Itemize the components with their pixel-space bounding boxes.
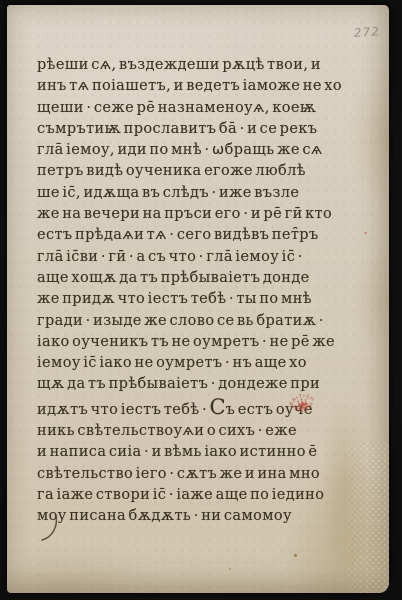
manuscript-photo: 272 рѣеши сѧ, въздеждеши рѫцѣ твои, иинъ… — [0, 0, 402, 600]
british-museum-stamp: BRITISH MUSEUM — [284, 387, 322, 425]
manuscript-text-line: гради · изыде же слово се вь братиѫ · — [37, 311, 359, 332]
manuscript-text-line: инъ тѧ поіашетъ, и ведетъ іаможе не хо — [37, 76, 359, 97]
manuscript-text-line: же придѫ что іестъ тебѣ · ты по мнѣ — [37, 289, 359, 310]
parchment-page: 272 рѣеши сѧ, въздеждеши рѫцѣ твои, иинъ… — [7, 5, 389, 593]
ink-speck — [229, 568, 231, 570]
manuscript-text-line: петръ видѣ оученика егоже люблѣ — [37, 161, 359, 182]
manuscript-text-line: іемоу іс̄ іако не оумретъ · нъ аще хо — [37, 353, 359, 374]
manuscript-text-line: и написа сиіа · и вѣмь іако истинно е̄ — [37, 442, 359, 463]
manuscript-text-line: съмрътиѭ прославитъ ба̄ · и се рекъ — [37, 119, 359, 140]
manuscript-text-line: гла̄ іс̄ви · гӣ · а съ что · гла̄ іемоу … — [37, 247, 359, 268]
manuscript-text-block: рѣеши сѧ, въздеждеши рѫцѣ твои, иинъ тѧ … — [37, 55, 359, 528]
manuscript-text-line: никь свѣтельствоуѧи о сихъ · еже — [37, 421, 359, 442]
manuscript-text-line: моу писана бѫдѫть · ни самомоу — [37, 506, 359, 527]
red-ink-speck — [364, 232, 367, 234]
manuscript-text-line: естъ прѣдаѧи тѧ · сего видѣвъ пет̑ръ — [37, 225, 359, 246]
manuscript-text-line: гла̄ іемоу, иди по мнѣ · ѡбращь же сѧ — [37, 140, 359, 161]
manuscript-text-line: ше іс̄, идѫща въ слѣдъ · иже възле — [37, 183, 359, 204]
manuscript-text-line: рѣеши сѧ, въздеждеши рѫцѣ твои, и — [37, 55, 359, 76]
enlarged-initial: С — [210, 394, 226, 419]
manuscript-text-line: щеши · сеже ре̄ назнаменоуѧ, коеѭ — [37, 98, 359, 119]
manuscript-text-line: же на вечери на пръси его · и ре̄ гӣ кто — [37, 204, 359, 225]
manuscript-text-line: свѣтельство іего · сѫтъ же и ина мно — [37, 464, 359, 485]
manuscript-text-line: га іаже створи іс̄ · іаже аще по іедино — [37, 485, 359, 506]
manuscript-text-line: іако оученикъ тъ не оумретъ · не ре̄ же — [37, 332, 359, 353]
ink-speck — [294, 554, 297, 557]
manuscript-text-line: аще хощѫ да тъ прѣбываіетъ донде — [37, 268, 359, 289]
ink-swash-flourish — [39, 513, 69, 547]
folio-number: 272 — [354, 24, 381, 40]
